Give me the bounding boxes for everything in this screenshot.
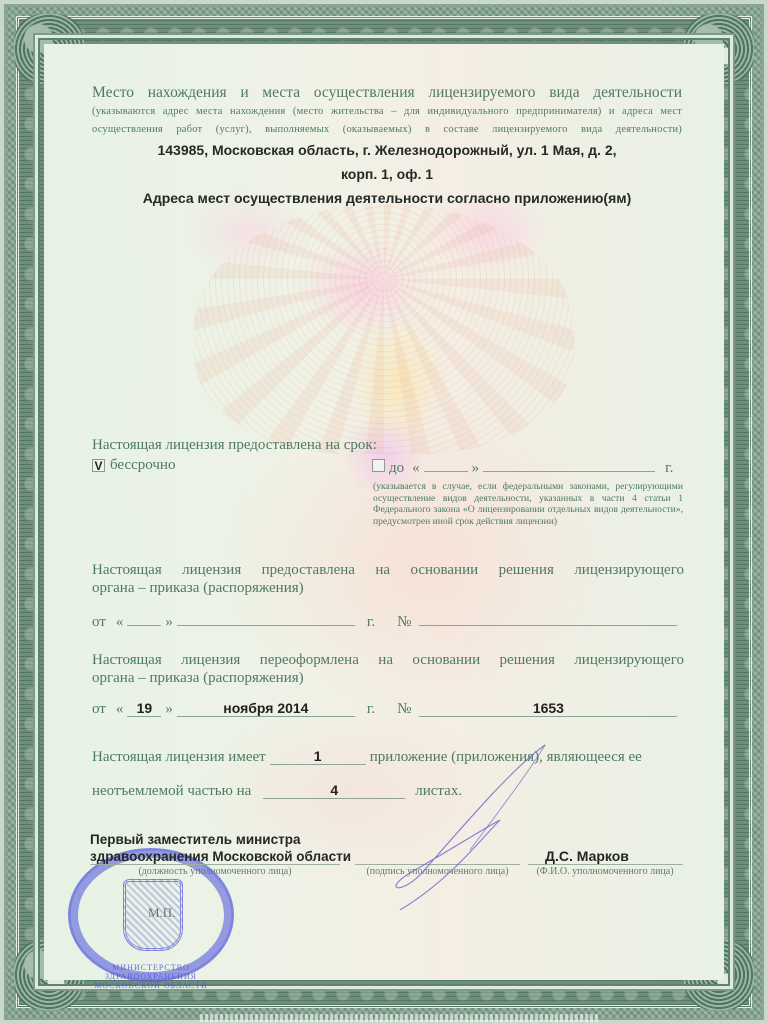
reissued-number-field[interactable]: 1653 [419,702,677,717]
location-note-line2: осуществления работ (услуг), выполняемых… [92,124,682,135]
year-suffix: г. [367,701,375,718]
guilloche-rosette-icon [194,204,574,454]
seal-text: МИНИСТЕРСТВО ЗДРАВООХРАНЕНИЯ МОСКОВСКОЙ … [71,963,231,990]
granted-text-line1: Настоящая лицензия предоставлена на осно… [92,562,684,579]
reissued-text-line2: органа – приказа (распоряжения) [92,670,304,687]
open-quote: « [412,460,420,477]
appendix-suffix: приложение (приложения), являющееся ее [370,749,642,766]
year-suffix: г. [367,614,375,631]
name-caption: (Ф.И.О. уполномоченного лица) [525,866,685,877]
license-page: Место нахождения и места осуществления л… [0,0,768,1024]
close-quote: » [165,701,173,718]
from-label: от [92,614,106,631]
reissued-order-row: от « 19 » ноября 2014 г. № 1653 [92,701,677,718]
appendix-count-field[interactable]: 1 [270,750,366,765]
position-caption: (должность уполномоченного лица) [90,866,340,877]
from-label: от [92,701,106,718]
position-line2: здравоохранения Московской области [90,848,351,865]
until-label: до [389,460,404,477]
signature-caption: (подпись уполномоченного лица) [350,866,525,877]
sheets-count-field[interactable]: 4 [263,784,405,799]
appendix-sheets-row: неотъемлемой частью на 4 листах. [92,783,462,800]
position-line1: Первый заместитель министра [90,831,351,848]
indefinite-label: бессрочно [110,457,175,474]
seal-place-label: М.П. [148,905,175,921]
granted-month-year-field[interactable] [177,611,355,626]
address-line-3: Адреса мест осуществления деятельности с… [92,190,682,206]
granted-text-line2: органа – приказа (распоряжения) [92,580,304,597]
signatory-name: Д.С. Марков [545,848,629,864]
reissued-month-year-field[interactable]: ноября 2014 [177,702,355,717]
indefinite-option[interactable]: V бессрочно [92,457,175,474]
printer-imprint-strip [200,1014,600,1022]
open-quote: « [116,701,124,718]
granted-number-field[interactable] [419,611,677,626]
granted-order-row: от « » г. № [92,611,677,631]
close-quote: » [165,614,173,631]
until-day-field[interactable] [424,457,468,472]
until-option: до « » г. [372,457,673,477]
location-heading: Место нахождения и места осуществления л… [92,84,682,102]
open-quote: « [116,614,124,631]
appendix-count-row: Настоящая лицензия имеет 1 приложение (п… [92,749,642,766]
location-note-line1: (указываются адрес места нахождения (мес… [92,106,682,117]
name-line [528,864,683,865]
term-title: Настоящая лицензия предоставлена на срок… [92,437,377,454]
close-quote: » [472,460,480,477]
signature-line [355,864,520,865]
until-checkbox[interactable] [372,459,385,472]
year-suffix: г. [665,460,673,477]
address-line-1: 143985, Московская область, г. Железнодо… [92,142,682,158]
sheets-prefix: неотъемлемой частью на [92,783,251,800]
position-line [90,864,340,865]
sheets-suffix: листах. [415,783,462,800]
reissued-text-line1: Настоящая лицензия переоформлена на осно… [92,652,684,669]
address-line-2: корп. 1, оф. 1 [92,166,682,182]
number-label: № [397,614,411,631]
signatory-position: Первый заместитель министра здравоохране… [90,831,351,865]
appendix-prefix: Настоящая лицензия имеет [92,749,266,766]
until-month-year-field[interactable] [483,457,655,472]
number-label: № [397,701,411,718]
term-note: (указывается в случае, если федеральными… [373,481,683,527]
indefinite-checkbox[interactable]: V [92,459,105,472]
granted-day-field[interactable] [127,611,161,626]
reissued-day-field[interactable]: 19 [127,702,161,717]
